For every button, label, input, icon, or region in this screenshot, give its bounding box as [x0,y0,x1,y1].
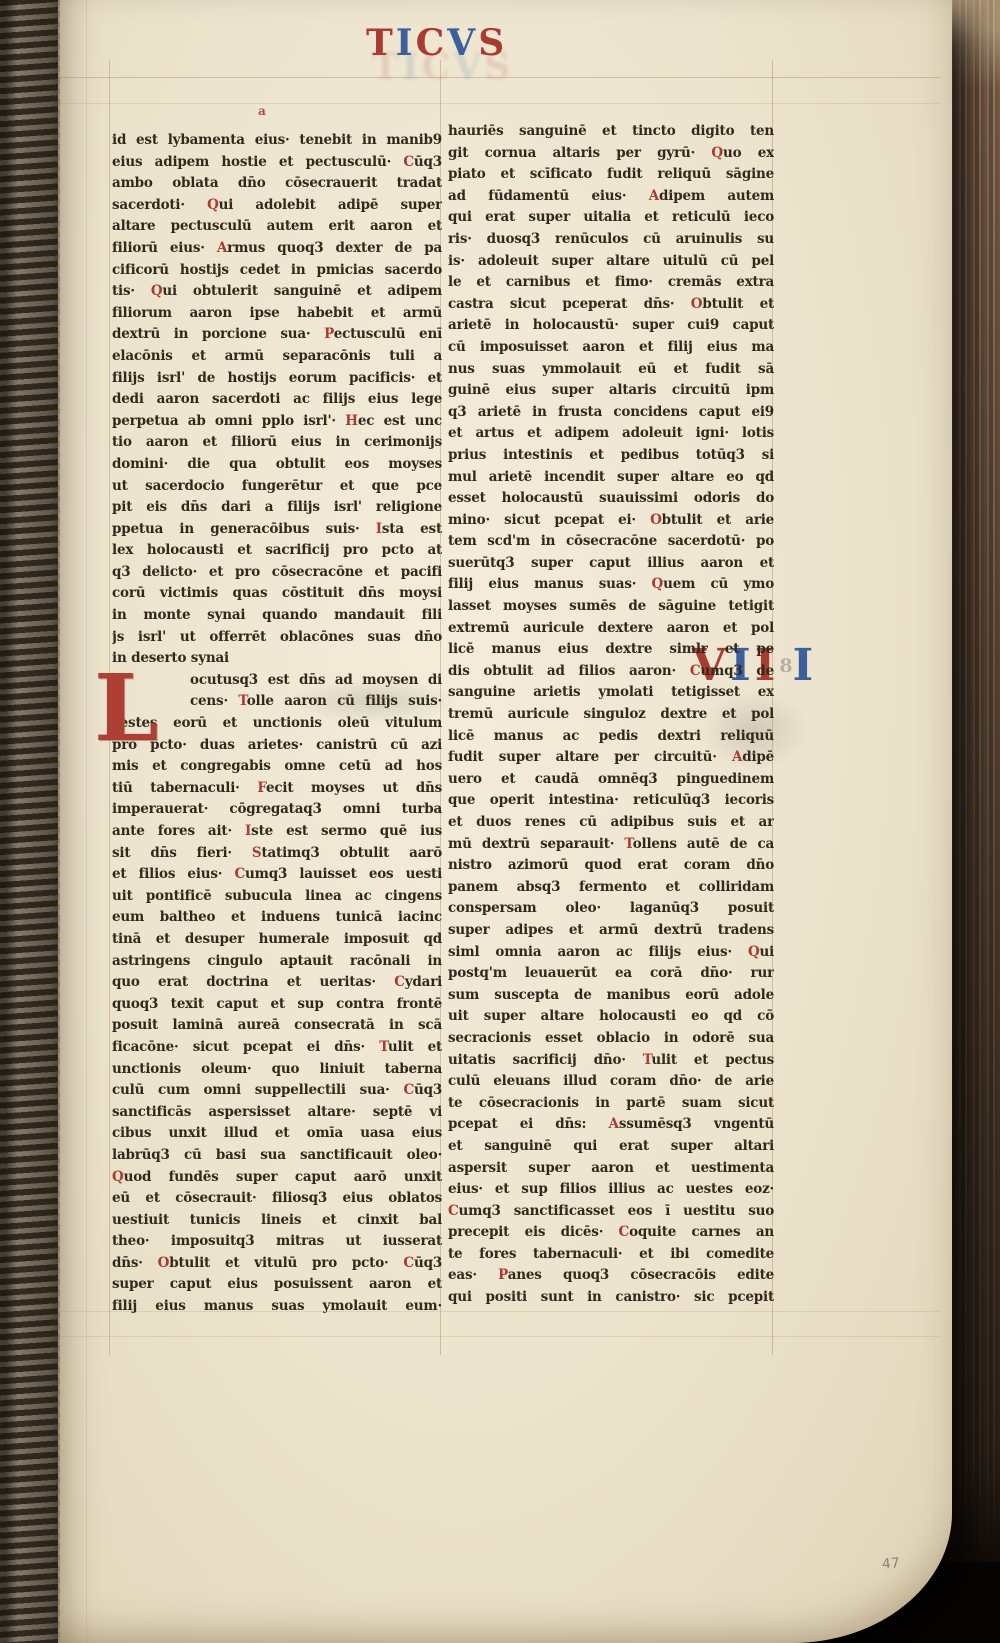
text-line: quoq3 texit caput et sup contra frontē [112,994,442,1016]
text-line: arietē in holocaustū· super cui9 caput [448,315,774,337]
text-line: castra sicut pceperat dn̄s· Obtulit et [448,294,774,316]
text-line: suerūtq3 super caput illius aaron et [448,553,774,575]
text-line: hauriēs sanguinē et tincto digito ten [448,121,774,143]
text-line: aspersit super aaron et uestimenta [448,1158,774,1180]
text-line: ocutusq3 est dn̄s ad moysen di [190,670,442,692]
text-line: imperauerat· cōgregataq3 omni turba [112,799,442,821]
text-line: tio aaron et filiorū eius in cerimonijs [112,432,442,454]
title-letter: C [422,46,454,88]
text-line: in monte synai quando mandauit fili [112,605,442,627]
scribal-mark: a [258,104,266,118]
text-line: et artus et adipem adoleuit igni· lotis [448,423,774,445]
text-line: fudit super altare per circuitū· Adipē [448,747,774,769]
text-line: esset holocaustū suauissimi odoris do [448,488,774,510]
text-line: dis obtulit ad filios aaron· Cumq3 de [448,661,774,683]
text-line: uit super altare holocausti eo qd cō [448,1006,774,1028]
text-line: et duos renes cū adipibus suis et ar [448,812,774,834]
text-line: sacerdoti· Qui adolebit adipē super [112,195,442,217]
text-line: ppetua in generacōibus suis· Ista est [112,519,442,541]
text-line: dextrū in porcione sua· Pectusculū enī [112,324,442,346]
text-line: cū imposuisset aaron et filij eius ma [448,337,774,359]
text-line: ambo oblata dn̄o cōsecrauerit tradat [112,173,442,195]
text-line: uit pontificē subucula linea ac cingens [112,886,442,908]
text-line: prius intestinis et pedibus totūq3 si [448,445,774,467]
text-line: te cōsecracionis in partē suam sicut [448,1093,774,1115]
text-line: astringens cingulo aptauit racōnali in [112,951,442,973]
text-line: filij eius manus suas ymolauit eum· [112,1296,442,1318]
text-line: id est lybamenta eius· tenebit in manib9 [112,130,442,152]
text-line: pit eis dn̄s dari a filijs isrl' religio… [112,497,442,519]
text-line: uestiuit tunicis lineis et cinxit bal [112,1210,442,1232]
manuscript-photo: { "page": { "running_title": { "letters"… [0,0,1000,1643]
text-line: que operit intestina· reticulūq3 iecoris [448,790,774,812]
text-line: cens· Tolle aaron cū filijs suis· [190,691,442,713]
folio-number: 47 [881,1555,900,1572]
text-line: culū cum omni suppellectili sua· Cūq3 [112,1080,442,1102]
text-line: elacōnis et armū separacōnis tuli a [112,346,442,368]
text-line: eas· Panes quoq3 cōsecracōis edite [448,1265,774,1287]
chapter-initial: L [94,668,166,752]
text-line: le et carnibus et fimo· cremās extra [448,272,774,294]
text-line: ante fores ait· Iste est sermo quē ius [112,821,442,843]
text-line: js isrl' ut offerrēt oblacōnes suas dn̄o [112,627,442,649]
text-line: tremū auricule singuloz dextre et pol [448,704,774,726]
text-line: eum baltheo et induens tunicā iacinc [112,907,442,929]
title-letter: S [484,46,513,88]
text-line: filij eius manus suas· Quem cū ymo [448,574,774,596]
title-letter: I [793,640,818,691]
text-line: mul arietē incendit super altare eo qd [448,467,774,489]
running-title-offset-ghost: TICVS [372,46,513,88]
text-line: sum suscepta de manibus eorū adole [448,985,774,1007]
text-line: piato et scīficato fudit reliquū sāgine [448,164,774,186]
text-line: qui erat super uitalia et reticulū ieco [448,207,774,229]
text-line: Quod fundēs super caput aarō unxit [112,1167,442,1189]
text-line: domini· die qua obtulit eos moyses [112,454,442,476]
title-letter: T [372,46,402,88]
text-line: ficacōne· sicut pcepat ei dn̄s· Tulit et [112,1037,442,1059]
text-line: et filios eius· Cumq3 lauisset eos uesti [112,864,442,886]
text-line: mū dextrū separauit· Tollens autē de ca [448,834,774,856]
text-line: et sanguinē qui erat super altari [448,1136,774,1158]
text-line: nus suas ymmolauit eū et fudit sā [448,359,774,381]
text-line: te fores tabernaculi· et ibi comedite [448,1244,774,1266]
text-line: ut sacerdocio fungerētur et que pce [112,476,442,498]
text-line: q3 arietē in frusta concidens caput ei9 [448,402,774,424]
text-line: mino· sicut pcepat ei· Obtulit et arie [448,510,774,532]
text-line: is· adoleuit super altare uitulū cū pel [448,251,774,273]
text-line: unctionis oleum· quo liniuit taberna [112,1059,442,1081]
text-line: tem scd'm in cōsecracōne sacerdotū· po [448,531,774,553]
text-line: precepit eis dicēs· Coquite carnes an [448,1222,774,1244]
text-line: filiorū eius· Armus quoq3 dexter de pa [112,238,442,260]
text-line: tinā et desuper humerale imposuit qd [112,929,442,951]
facing-page-edge [0,0,60,1643]
text-line: filijs isrl' de hostijs eorum pacificis·… [112,368,442,390]
text-line: ris· duosq3 renūculos cū aruinulis su [448,229,774,251]
text-line: sanctificās aspersisset altare· septē vi [112,1102,442,1124]
text-line: pcepat ei dn̄s: Assumēsq3 vngentū [448,1114,774,1136]
text-line: licē manus ac pedis dextri reliquū [448,726,774,748]
text-line: eū et cōsecrauit· filiosq3 eius oblatos [112,1188,442,1210]
text-line: extremū auricule dextere aaron et pol [448,618,774,640]
text-line: theo· imposuitq3 mitras ut iusserat [112,1231,442,1253]
text-line: guinē eius super altaris circuitū ipm [448,380,774,402]
text-line: panem absq3 fermento et colliridam [448,877,774,899]
text-line: super caput eius posuissent aaron et [112,1274,442,1296]
text-line: uitatis sacrificij dn̄o· Tulit et pectus [448,1050,774,1072]
text-line: git cornua altaris per gyrū· Quo ex [448,143,774,165]
text-line: quo erat doctrina et ueritas· Cydari [112,972,442,994]
title-letter: I [402,46,422,88]
text-line: cificorū hostijs cedet in pmicias sacerd… [112,260,442,282]
text-line: posuit laminā aureā consecratā in scā [112,1015,442,1037]
text-line: eius· et sup filios illius ac uestes eoz… [448,1179,774,1201]
text-line: lasset moyses sumēs de sāguine tetigit [448,596,774,618]
text-line: corū victimis quas cōstituit dn̄s moysi [112,583,442,605]
title-letter: 8 [779,655,792,677]
text-line: in deserto synai [112,648,442,670]
text-line: eius adipem hostie et pectusculū· Cūq3 [112,152,442,174]
text-line: dn̄s· Obtulit et vitulū pro pcto· Cūq3 [112,1253,442,1275]
text-line: filiorum aaron ipse habebit et armū [112,303,442,325]
text-line: secracionis esset oblacio in odorē sua [448,1028,774,1050]
text-line: licē manus eius dextre simlr et pe [448,639,774,661]
text-line: sanguine arietis ymolati tetigisset ex [448,682,774,704]
text-line: tiū tabernaculi· Fecit moyses ut dn̄s [112,778,442,800]
text-line: mis et congregabis omne cetū ad hos [112,756,442,778]
text-line: lex holocausti et sacrificij pro pcto at [112,540,442,562]
text-line: nistro azimorū quod erat coram dn̄o [448,855,774,877]
text-line: q3 delicto· et pro cōsecracōne et pacifi [112,562,442,584]
text-line: super adipes et armū dextrū tradens [448,920,774,942]
text-line: tis· Qui obtulerit sanguinē et adipem [112,281,442,303]
text-line: sit dn̄s fieri· Statimq3 obtulit aarō [112,843,442,865]
text-line: cibus unxit illud et omīa uasa eius [112,1123,442,1145]
text-line: postq'm leuauerūt ea corā dn̄o· rur [448,963,774,985]
text-line: culū eleuans illud coram dn̄o· de arie [448,1071,774,1093]
text-column-right: hauriēs sanguinē et tincto digito tengit… [448,121,774,1309]
text-line: siml omnia aaron ac filijs eius· Qui [448,942,774,964]
text-line: labrūq3 cū basi sua sanctificauit oleo· [112,1145,442,1167]
text-line: perpetua ab omni pplo isrl'· Hec est unc [112,411,442,433]
text-line: altare pectusculū autem erit aaron et [112,216,442,238]
title-letter: V [453,46,484,88]
text-line: ad fūdamentū eius· Adipem autem [448,186,774,208]
text-line: Cumq3 sanctificasset eos ī uestitu suo [448,1201,774,1223]
text-line: dedi aaron sacerdoti ac filijs eius lege [112,389,442,411]
text-line: uero et caudā omnēq3 pinguedinem [448,769,774,791]
text-line: conspersam oleo· laganūq3 posuit [448,898,774,920]
text-line: qui positi sunt in canistro· sic pcepit [448,1287,774,1309]
